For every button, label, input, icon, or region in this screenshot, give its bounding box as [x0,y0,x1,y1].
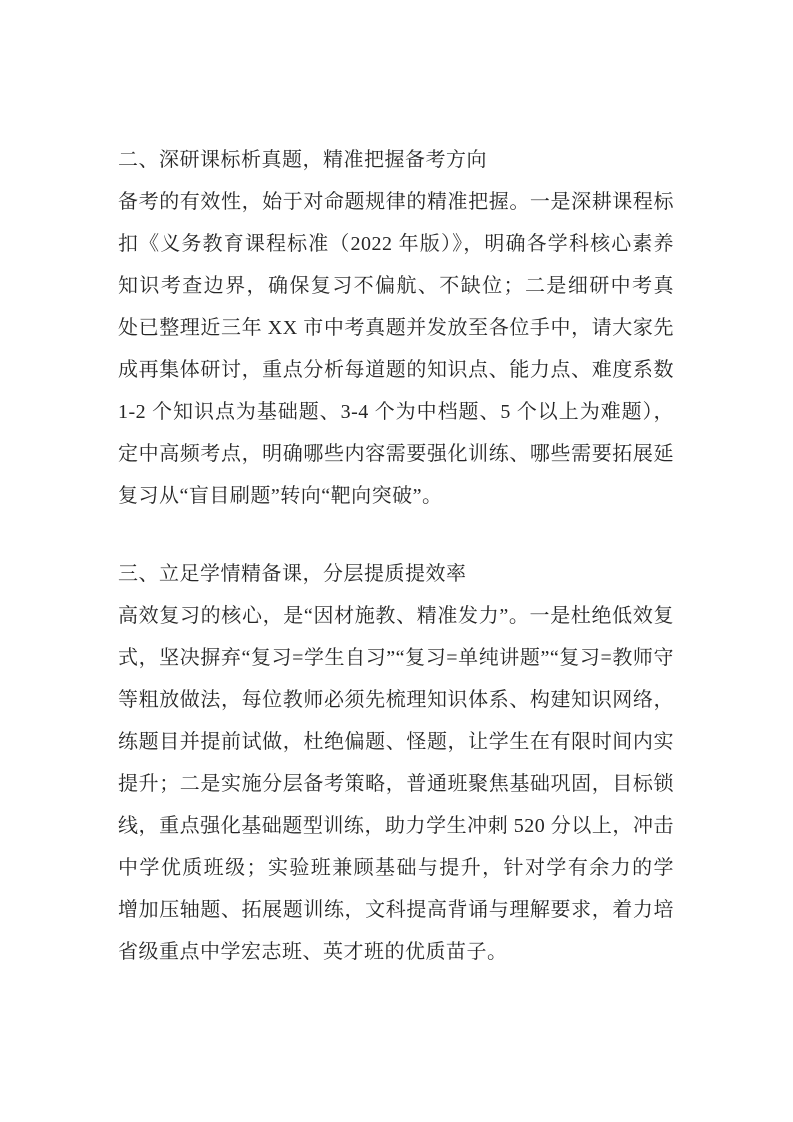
paragraph-line: 成再集体研讨，重点分析每道题的知识点、能力点、难度系数（理科 [118,349,674,391]
section-heading: 三、立足学情精备课，分层提质提效率 [118,553,674,595]
paragraph-line: 扣《义务教育课程标准（2022 年版）》，明确各学科核心素养要求与 [118,223,674,265]
paragraph-line: 高效复习的核心，是“因材施教、精准发力”。一是杜绝低效复习模 [118,595,674,637]
document-content: 二、深研课标析真题，精准把握备考方向 备考的有效性，始于对命题规律的精准把握。一… [118,139,674,973]
paragraph-line: 线，重点强化基础题型训练，助力学生冲刺 520 分以上，冲击市重点 [118,805,674,847]
paragraph-line: 中学优质班级；实验班兼顾基础与提升，针对学有余力的学生，理科 [118,847,674,889]
paragraph-line: 练题目并提前试做，杜绝偏题、怪题，让学生在有限时间内实现高效 [118,721,674,763]
section-spacer [118,517,674,553]
paragraph-line: 1-2 个知识点为基础题、3-4 个为中档题、5 个以上为难题），精准锁 [118,391,674,433]
paragraph-line: 式，坚决摒弃“复习=学生自习”“复习=单纯讲题”“复习=教师守班” [118,637,674,679]
paragraph-line: 知识考查边界，确保复习不偏航、不缺位；二是细研中考真题，教务 [118,265,674,307]
paragraph-line: 复习从“盲目刷题”转向“靶向突破”。 [118,475,674,517]
paragraph-line: 省级重点中学宏志班、英才班的优质苗子。 [118,931,674,973]
paragraph-line: 增加压轴题、拓展题训练，文科提高背诵与理解要求，着力培养冲击 [118,889,674,931]
paragraph-line: 定中高频考点，明确哪些内容需要强化训练、哪些需要拓展延伸，让 [118,433,674,475]
paragraph-line: 提升；二是实施分层备考策略，普通班聚焦基础巩固，目标锁定及格 [118,763,674,805]
document-page: 二、深研课标析真题，精准把握备考方向 备考的有效性，始于对命题规律的精准把握。一… [0,0,793,1122]
paragraph-line: 等粗放做法，每位教师必须先梳理知识体系、构建知识网络，精选训 [118,679,674,721]
paragraph-line: 备考的有效性，始于对命题规律的精准把握。一是深耕课程标准，紧 [118,181,674,223]
section-heading: 二、深研课标析真题，精准把握备考方向 [118,139,674,181]
paragraph-line: 处已整理近三年 XX 市中考真题并发放至各位手中，请大家先独立完 [118,307,674,349]
